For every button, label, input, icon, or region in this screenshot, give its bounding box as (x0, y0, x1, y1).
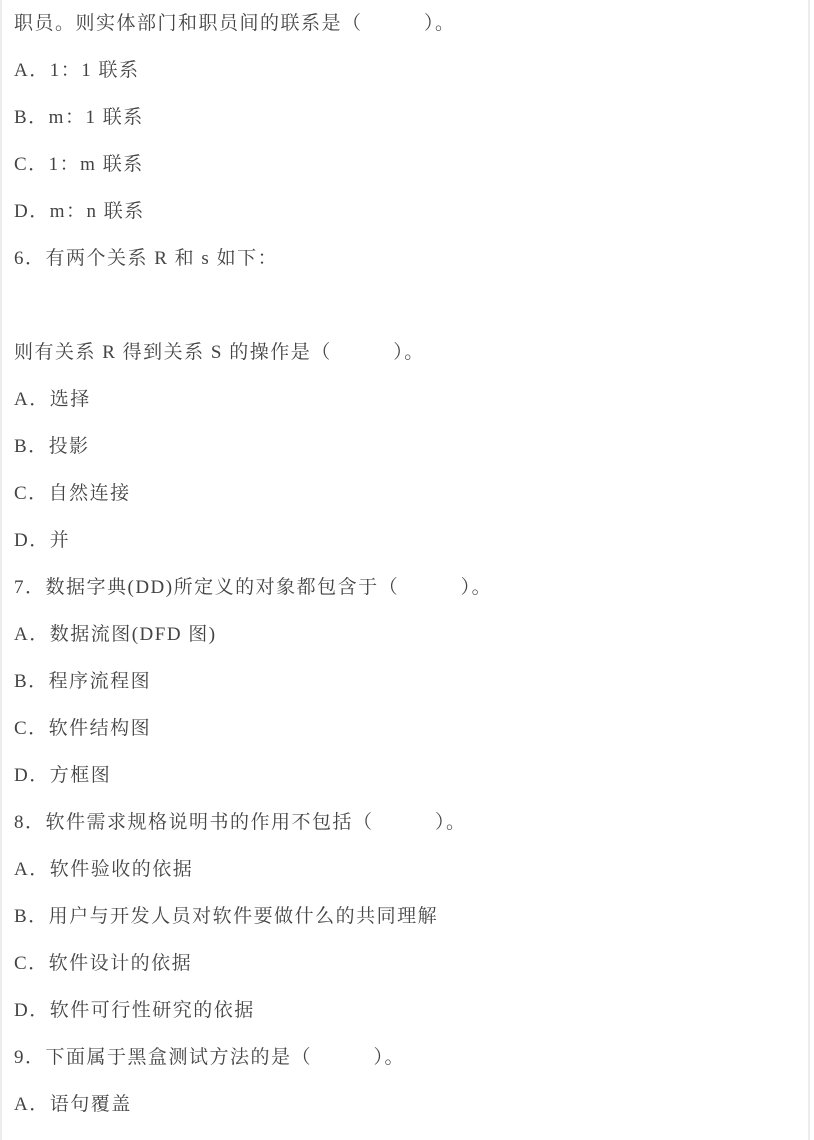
question-8-stem: 8．软件需求规格说明书的作用不包括（ ）。 (14, 811, 790, 834)
question-5-option-b: B．m：1 联系 (14, 106, 790, 129)
question-5-option-a: A．1：1 联系 (14, 59, 790, 82)
question-7-stem: 7．数据字典(DD)所定义的对象都包含于（ ）。 (14, 576, 790, 599)
question-8-option-c: C．软件设计的依据 (14, 952, 790, 975)
question-9-stem: 9．下面属于黑盒测试方法的是（ ）。 (14, 1046, 790, 1069)
question-8-option-b: B．用户与开发人员对软件要做什么的共同理解 (14, 905, 790, 928)
question-5-stem-continuation: 职员。则实体部门和职员间的联系是（ ）。 (14, 12, 790, 35)
exam-document-page: 职员。则实体部门和职员间的联系是（ ）。 A．1：1 联系 B．m：1 联系 C… (0, 0, 810, 1140)
question-7-option-a: A．数据流图(DFD 图) (14, 623, 790, 646)
question-7-option-c: C．软件结构图 (14, 717, 790, 740)
question-6-option-b: B．投影 (14, 435, 790, 458)
question-9-option-a: A．语句覆盖 (14, 1093, 790, 1116)
question-6-option-a: A．选择 (14, 388, 790, 411)
question-5-option-c: C．1：m 联系 (14, 153, 790, 176)
question-6-stem-continuation: 则有关系 R 得到关系 S 的操作是（ ）。 (14, 341, 790, 364)
question-7-option-b: B．程序流程图 (14, 670, 790, 693)
question-6-option-c: C．自然连接 (14, 482, 790, 505)
question-8-option-d: D．软件可行性研究的依据 (14, 999, 790, 1022)
question-7-option-d: D．方框图 (14, 764, 790, 787)
question-8-option-a: A．软件验收的依据 (14, 858, 790, 881)
question-5-option-d: D．m：n 联系 (14, 200, 790, 223)
question-6-figure-placeholder (14, 294, 790, 317)
question-6-stem: 6．有两个关系 R 和 s 如下： (14, 247, 790, 270)
question-6-option-d: D．并 (14, 529, 790, 552)
